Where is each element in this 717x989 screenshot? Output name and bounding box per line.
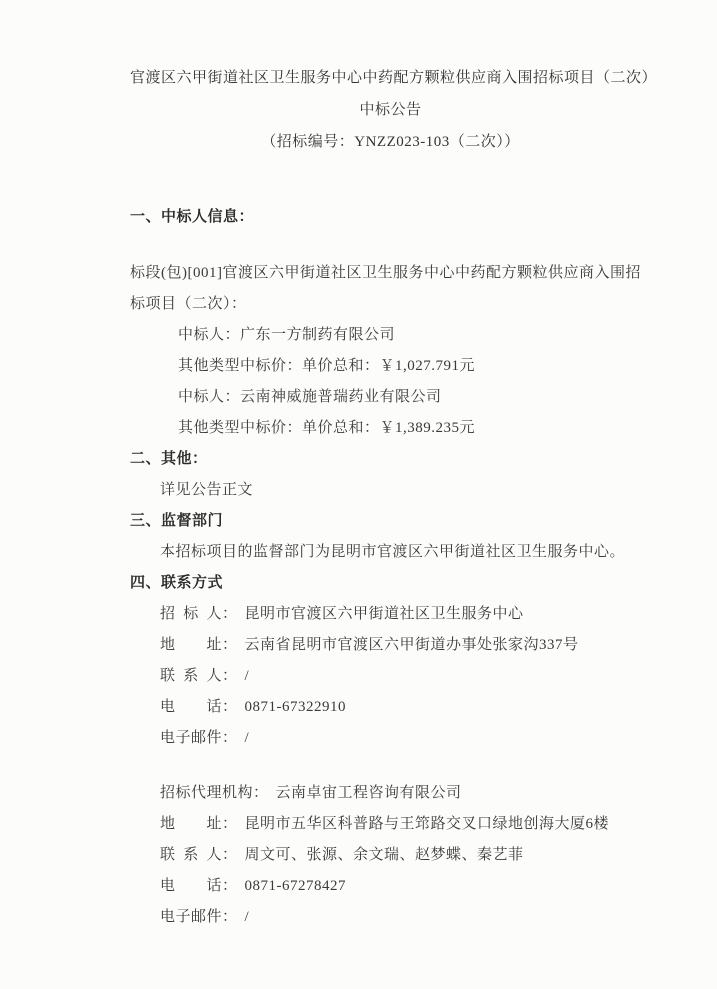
contact-label: 联系人 xyxy=(160,661,222,692)
label-colon: ： xyxy=(222,902,238,933)
agency-row-person: 联系人：周文可、张源、余文瑞、赵梦蝶、秦艺菲 xyxy=(130,840,651,871)
supervisor-body: 本招标项目的监督部门为昆明市官渡区六甲街道社区卫生服务中心。 xyxy=(130,537,651,568)
agency-row-name: 招标代理机构：云南卓宙工程咨询有限公司 xyxy=(130,778,651,809)
contact-label: 电话 xyxy=(160,692,222,723)
label-colon: ： xyxy=(222,661,238,692)
label-colon: ： xyxy=(222,871,238,902)
agency-contact-block: 招标代理机构：云南卓宙工程咨询有限公司 地址：昆明市五华区科普路与王筇路交叉口绿… xyxy=(130,778,651,933)
contact-label: 地址 xyxy=(160,630,222,661)
agency-row-address: 地址：昆明市五华区科普路与王筇路交叉口绿地创海大厦6楼 xyxy=(130,809,651,840)
contact-row-tenderer: 招标人：昆明市官渡区六甲街道社区卫生服务中心 xyxy=(130,599,651,630)
label-colon: ： xyxy=(222,723,238,754)
contact-value: / xyxy=(245,668,250,684)
contact-value: 昆明市官渡区六甲街道社区卫生服务中心 xyxy=(245,606,524,622)
owner-contact-block: 招标人：昆明市官渡区六甲街道社区卫生服务中心 地址：云南省昆明市官渡区六甲街道办… xyxy=(130,599,651,754)
contact-value: 周文可、张源、余文瑞、赵梦蝶、秦艺菲 xyxy=(245,847,524,863)
winner-lines: 中标人：广东一方制药有限公司 其他类型中标价：单价总和：￥1,027.791元 … xyxy=(130,320,651,444)
document-title-block: 官渡区六甲街道社区卫生服务中心中药配方颗粒供应商入围招标项目（二次） 中标公告 … xyxy=(130,62,651,158)
winner-name-line: 中标人：云南神威施普瑞药业有限公司 xyxy=(178,382,651,413)
announcement-document: 官渡区六甲街道社区卫生服务中心中药配方颗粒供应商入围招标项目（二次） 中标公告 … xyxy=(0,0,717,989)
other-body: 详见公告正文 xyxy=(130,475,651,506)
document-title-line1: 官渡区六甲街道社区卫生服务中心中药配方颗粒供应商入围招标项目（二次） xyxy=(130,62,651,94)
tender-number-line: （招标编号：YNZZ023-103（二次）） xyxy=(130,126,651,158)
contact-row-address: 地址：云南省昆明市官渡区六甲街道办事处张家沟337号 xyxy=(130,630,651,661)
agency-row-email: 电子邮件：/ xyxy=(130,902,651,933)
contact-label: 招标人 xyxy=(160,599,222,630)
contact-value: / xyxy=(245,909,250,925)
package-paragraph: 标段(包)[001]官渡区六甲街道社区卫生服务中心中药配方颗粒供应商入围招标项目… xyxy=(130,258,651,320)
winner-price-line: 其他类型中标价：单价总和：￥1,027.791元 xyxy=(178,351,651,382)
section-heading-contact: 四、联系方式 xyxy=(130,568,651,599)
contact-label: 电子邮件 xyxy=(160,902,222,933)
contact-value: 云南省昆明市官渡区六甲街道办事处张家沟337号 xyxy=(245,637,579,653)
document-title-line2: 中标公告 xyxy=(130,94,651,126)
contact-label: 地址 xyxy=(160,809,222,840)
contact-row-email: 电子邮件：/ xyxy=(130,723,651,754)
contact-row-person: 联系人：/ xyxy=(130,661,651,692)
contact-label: 电话 xyxy=(160,871,222,902)
label-colon: ： xyxy=(222,630,238,661)
label-colon: ： xyxy=(222,599,238,630)
section-heading-winner-info: 一、中标人信息： xyxy=(130,202,651,233)
contact-value: 0871-67278427 xyxy=(245,878,347,894)
contact-value: 云南卓宙工程咨询有限公司 xyxy=(276,785,462,801)
contact-value: / xyxy=(245,730,250,746)
label-colon: ： xyxy=(222,840,238,871)
winner-price-line: 其他类型中标价：单价总和：￥1,389.235元 xyxy=(178,413,651,444)
label-colon: ： xyxy=(222,692,238,723)
contact-value: 昆明市五华区科普路与王筇路交叉口绿地创海大厦6楼 xyxy=(245,816,610,832)
section-heading-supervisor: 三、监督部门 xyxy=(130,506,651,537)
contact-label: 电子邮件 xyxy=(160,723,222,754)
contact-label: 招标代理机构 xyxy=(160,778,253,809)
label-colon: ： xyxy=(253,778,269,809)
label-colon: ： xyxy=(222,809,238,840)
contact-label: 联系人 xyxy=(160,840,222,871)
contact-row-phone: 电话：0871-67322910 xyxy=(130,692,651,723)
winner-name-line: 中标人：广东一方制药有限公司 xyxy=(178,320,651,351)
section-heading-other: 二、其他： xyxy=(130,444,651,475)
agency-row-phone: 电话：0871-67278427 xyxy=(130,871,651,902)
contact-value: 0871-67322910 xyxy=(245,699,347,715)
